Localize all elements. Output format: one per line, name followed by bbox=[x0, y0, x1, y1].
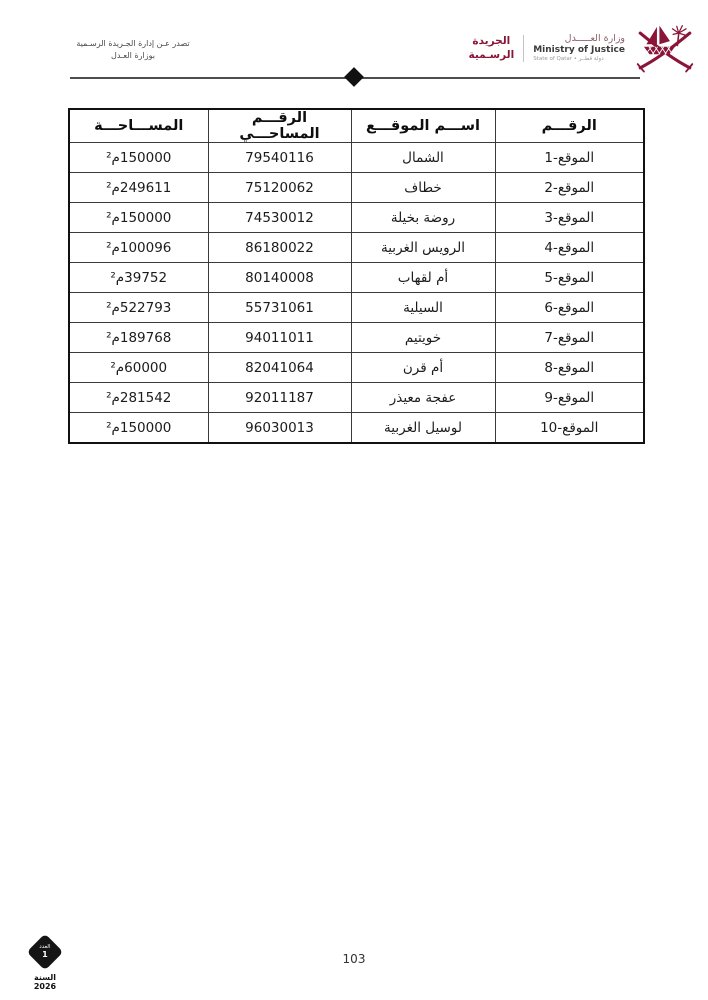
cell-area: 189768م² bbox=[69, 323, 208, 353]
cell-cadastral: 80140008 bbox=[208, 263, 351, 293]
ministry-brand-block: الجريدة الرسـمية وزارة العـــــدل Minist… bbox=[469, 22, 697, 74]
header-area: المســـاحـــة bbox=[69, 109, 208, 143]
cell-area: 100096م² bbox=[69, 233, 208, 263]
qatar-moj-emblem-icon bbox=[634, 23, 696, 73]
header-diamond-ornament bbox=[344, 67, 364, 87]
cell-cadastral: 55731061 bbox=[208, 293, 351, 323]
cell-site: أم قرن bbox=[351, 353, 495, 383]
table-row: الموقع-9عفجة معيذر92011187281542م² bbox=[69, 383, 644, 413]
ministry-name-block: وزارة العـــــدل Ministry of Justice دول… bbox=[533, 33, 625, 63]
cell-no: الموقع-9 bbox=[495, 383, 644, 413]
year-label: السنة 2026 bbox=[22, 973, 68, 991]
cell-no: الموقع-6 bbox=[495, 293, 644, 323]
cell-no: الموقع-1 bbox=[495, 143, 644, 173]
issue-badge: العدد 1 السنة 2026 bbox=[22, 934, 68, 991]
official-gazette-title: الجريدة الرسـمية bbox=[469, 34, 515, 62]
cell-no: الموقع-8 bbox=[495, 353, 644, 383]
gazette-page: { "masthead": { "issued_by_line1": "تصدر… bbox=[0, 0, 708, 1000]
table-row: الموقع-7خويتيم94011011189768م² bbox=[69, 323, 644, 353]
table-row: الموقع-5أم لقهاب8014000839752م² bbox=[69, 263, 644, 293]
table-row: الموقع-4الرويس الغربية86180022100096م² bbox=[69, 233, 644, 263]
cell-no: الموقع-2 bbox=[495, 173, 644, 203]
cell-no: الموقع-4 bbox=[495, 233, 644, 263]
cell-cadastral: 75120062 bbox=[208, 173, 351, 203]
table-row: الموقع-3روضة بخيلة74530012150000م² bbox=[69, 203, 644, 233]
cell-area: 522793م² bbox=[69, 293, 208, 323]
cell-area: 150000م² bbox=[69, 413, 208, 444]
cell-cadastral: 96030013 bbox=[208, 413, 351, 444]
cell-site: السيلية bbox=[351, 293, 495, 323]
sites-table: الرقـــم اســـم الموقـــع الرقـــم المسا… bbox=[68, 108, 645, 444]
cell-site: الرويس الغربية bbox=[351, 233, 495, 263]
issue-number: 1 bbox=[39, 951, 50, 960]
cell-no: الموقع-7 bbox=[495, 323, 644, 353]
table-row: الموقع-1الشمال79540116150000م² bbox=[69, 143, 644, 173]
gazette-title-line1: الجريدة bbox=[469, 34, 515, 48]
sites-table-body: الموقع-1الشمال79540116150000م²الموقع-2خط… bbox=[69, 143, 644, 444]
ministry-name-arabic: وزارة العـــــدل bbox=[533, 33, 625, 44]
cell-site: خويتيم bbox=[351, 323, 495, 353]
header-number: الرقـــم bbox=[495, 109, 644, 143]
page-number: 103 bbox=[0, 952, 708, 966]
cell-cadastral: 79540116 bbox=[208, 143, 351, 173]
issued-by-line2: بوزارة العـدل bbox=[72, 50, 194, 62]
cell-site: عفجة معيذر bbox=[351, 383, 495, 413]
cell-area: 281542م² bbox=[69, 383, 208, 413]
cell-cadastral: 74530012 bbox=[208, 203, 351, 233]
cell-site: روضة بخيلة bbox=[351, 203, 495, 233]
cell-site: الشمال bbox=[351, 143, 495, 173]
cell-no: الموقع-10 bbox=[495, 413, 644, 444]
header-site-name: اســـم الموقـــع bbox=[351, 109, 495, 143]
cell-no: الموقع-5 bbox=[495, 263, 644, 293]
cell-area: 150000م² bbox=[69, 143, 208, 173]
issue-diamond-icon: العدد 1 bbox=[27, 934, 64, 971]
cell-area: 150000م² bbox=[69, 203, 208, 233]
cell-area: 39752م² bbox=[69, 263, 208, 293]
issued-by-note: تصدر عـن إدارة الجـريدة الرسـمية بوزارة … bbox=[72, 38, 194, 61]
table-row: الموقع-8أم قرن8204106460000م² bbox=[69, 353, 644, 383]
ministry-name-english: Ministry of Justice bbox=[533, 45, 625, 56]
cell-site: خطاف bbox=[351, 173, 495, 203]
cell-site: أم لقهاب bbox=[351, 263, 495, 293]
issued-by-line1: تصدر عـن إدارة الجـريدة الرسـمية bbox=[72, 38, 194, 50]
cell-cadastral: 82041064 bbox=[208, 353, 351, 383]
cell-area: 60000م² bbox=[69, 353, 208, 383]
table-header-row: الرقـــم اســـم الموقـــع الرقـــم المسا… bbox=[69, 109, 644, 143]
state-of-qatar-line: دولة قطــر • State of Qatar bbox=[533, 56, 625, 63]
brand-divider bbox=[523, 35, 524, 62]
cell-area: 249611م² bbox=[69, 173, 208, 203]
table-row: الموقع-10لوسيل الغربية96030013150000م² bbox=[69, 413, 644, 444]
table-row: الموقع-2خطاف75120062249611م² bbox=[69, 173, 644, 203]
header-cadastral-number: الرقـــم المساحـــي bbox=[208, 109, 351, 143]
cell-site: لوسيل الغربية bbox=[351, 413, 495, 444]
gazette-title-line2: الرسـمية bbox=[469, 48, 515, 62]
cell-cadastral: 86180022 bbox=[208, 233, 351, 263]
cell-no: الموقع-3 bbox=[495, 203, 644, 233]
cell-cadastral: 92011187 bbox=[208, 383, 351, 413]
cell-cadastral: 94011011 bbox=[208, 323, 351, 353]
table-row: الموقع-6السيلية55731061522793م² bbox=[69, 293, 644, 323]
